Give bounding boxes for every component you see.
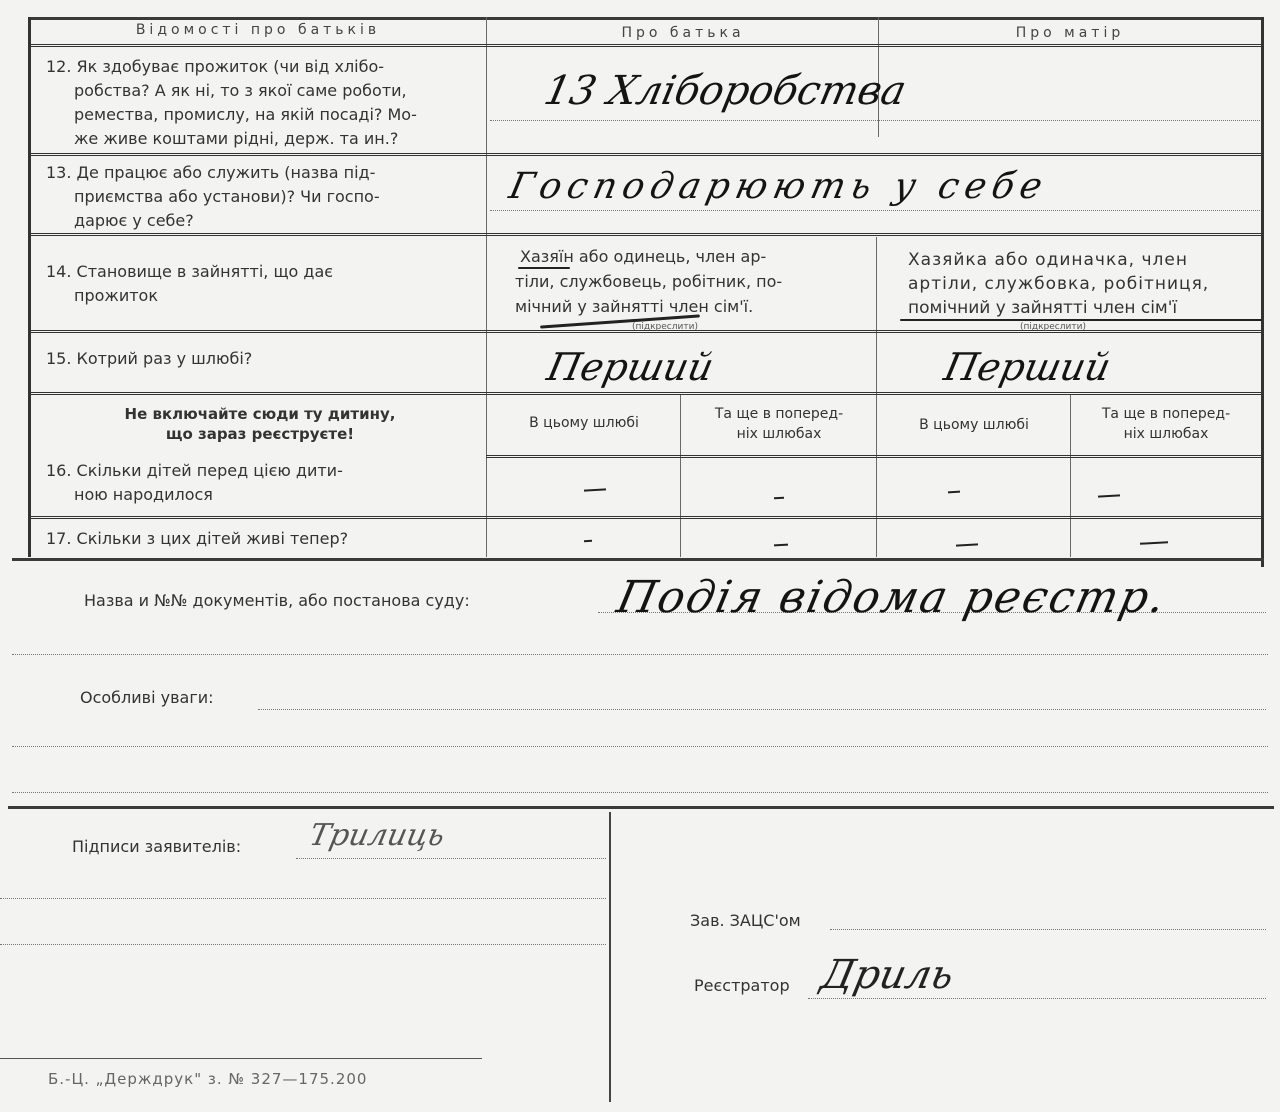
applicants-line-2 [0, 898, 606, 899]
documents-label: Назва и №№ документів, або постанова суд… [84, 590, 470, 612]
father-prev-marriages-header-1: Та ще в поперед- [682, 405, 876, 423]
notes-line-1[interactable] [258, 709, 1266, 710]
question-17: 17. Скільки з цих дітей живі тепер? [46, 528, 348, 550]
applicants-line-3 [0, 944, 606, 945]
signatures-divider [609, 812, 611, 1102]
father-note: (підкреслити) [632, 322, 698, 332]
mother-this-marriage-header: В цьому шлюбі [878, 416, 1070, 434]
row-sep-subheaders [486, 455, 1262, 458]
father-prev-marriages-header-2: ніх шлюбах [682, 425, 876, 443]
question-16-line-1: 16. Скільки дітей перед цією дити- [46, 460, 343, 482]
question-12-line-4: же живе коштами рідні, держ. та ин.? [74, 128, 398, 150]
head-label: Зав. ЗАЦС'ом [690, 910, 801, 932]
mother-option-line-2[interactable]: артіли, службовка, робітниця, [908, 273, 1209, 295]
documents-value[interactable]: Подія відома реєстр. [613, 572, 1172, 623]
father-answer-13[interactable]: Господарюють у себе [506, 166, 1052, 207]
col-divider-mother-sub [1070, 395, 1071, 557]
question-15: 15. Котрий раз у шлюбі? [46, 348, 252, 370]
row16-mother-this[interactable] [948, 491, 960, 494]
header-mother: Про матір [880, 25, 1260, 41]
table-top-border [28, 17, 1264, 20]
father-option-line-1[interactable]: Хазяїн або одинець, член ар- [520, 246, 766, 268]
row17-father-prev[interactable] [774, 544, 788, 547]
col-divider-info [486, 17, 487, 557]
question-14-line-1: 14. Становище в зайнятті, що дає [46, 261, 333, 283]
mother-option-line-3[interactable]: помічний у зайнятті член сім'ї [908, 297, 1177, 319]
question-13-line-3: дарює у себе? [74, 210, 194, 232]
question-12-line-2: робства? А як ні, то з якої саме роботи, [74, 80, 407, 102]
applicants-line-1 [296, 858, 606, 859]
applicants-label: Підписи заявителів: [72, 836, 241, 858]
mother-note: (підкреслити) [1020, 322, 1086, 332]
row17-father-this[interactable] [584, 540, 592, 542]
notes-line-2[interactable] [12, 746, 1268, 747]
father-option-line-3[interactable]: мічний у зайнятті член сім'ї. [515, 296, 753, 318]
row-sep-15 [30, 392, 1262, 395]
question-13-line-2: приємства або установи)? Чи госпо- [74, 186, 380, 208]
question-12-line-3: ремества, промислу, на якій посаді? Мо- [74, 104, 417, 126]
children-note-line-1: Не включайте сюди ту дитину, [40, 403, 480, 425]
documents-line-2 [12, 654, 1268, 655]
col-divider-parents-bottom [876, 237, 877, 557]
table-bottom-border [12, 558, 1264, 561]
mother-answer-15[interactable]: Перший [940, 345, 1114, 389]
header-father: Про батька [488, 25, 878, 41]
father-option-line-2[interactable]: тіли, службовець, робітник, по- [515, 271, 782, 293]
registrar-label: Реєстратор [694, 975, 790, 997]
section-divider [8, 806, 1274, 809]
father-underline-mark [518, 267, 570, 269]
question-13-line-1: 13. Де працює або служить (назва під- [46, 162, 375, 184]
table-right-border [1261, 17, 1264, 567]
mother-underline-mark [900, 319, 1262, 321]
mother-prev-marriages-header-2: ніх шлюбах [1072, 425, 1260, 443]
head-line[interactable] [830, 929, 1266, 930]
registrar-signature[interactable]: Дриль [817, 952, 958, 998]
printer-imprint: Б.-Ц. „Держдрук" з. № 327—175.200 [48, 1068, 367, 1090]
father-answer-12[interactable]: 13 Хліборобства [540, 68, 910, 114]
children-note-line-2: що зараз реєструєте! [40, 423, 480, 445]
col-divider-father-sub [680, 395, 681, 557]
row16-father-this[interactable] [584, 488, 606, 491]
question-16-line-2: ною народилося [74, 484, 213, 506]
footer-rule [0, 1058, 482, 1059]
row-sep-16 [30, 516, 1262, 519]
row17-mother-prev[interactable] [1140, 541, 1168, 544]
row16-mother-prev[interactable] [1098, 494, 1120, 497]
row-sep-13 [30, 233, 1262, 236]
row16-father-prev[interactable] [774, 497, 784, 500]
notes-line-3[interactable] [12, 792, 1268, 793]
question-12-line-1: 12. Як здобуває прожиток (чи від хлібо- [46, 56, 384, 78]
mother-option-line-1[interactable]: Хазяйка або одиначка, член [908, 249, 1188, 271]
registrar-line [808, 998, 1266, 999]
mother-prev-marriages-header-1: Та ще в поперед- [1072, 405, 1260, 423]
header-info: Відомості про батьків [30, 22, 486, 38]
father-answer-15[interactable]: Перший [543, 345, 717, 389]
question-14-line-2: прожиток [74, 285, 158, 307]
father-this-marriage-header: В цьому шлюбі [488, 414, 680, 432]
row-sep-12 [30, 153, 1262, 156]
notes-label: Особливі уваги: [80, 687, 214, 709]
row-sep-header [30, 44, 1262, 47]
answer-line-12 [490, 120, 1260, 121]
applicants-signature[interactable]: Трилиць [306, 818, 448, 853]
answer-line-13 [490, 210, 1260, 211]
table-left-border [28, 17, 31, 557]
row17-mother-this[interactable] [956, 543, 978, 546]
